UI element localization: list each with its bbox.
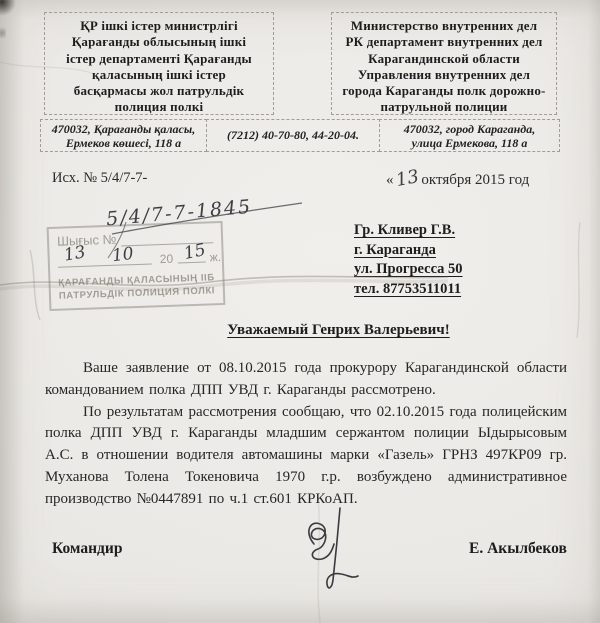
- body-paragraph-2: По результатам рассмотрения сообщаю, что…: [45, 402, 567, 511]
- address-ru-line: улица Ермекова, 118 а: [380, 136, 559, 150]
- scanned-letter-page: ҚР ішкі істер министрлігі Қарағанды облы…: [0, 0, 600, 623]
- phone-cell: (7212) 40-70-80, 44-20-04.: [206, 119, 380, 152]
- date-open-quote: «: [386, 172, 394, 188]
- edge-smudge: [0, 26, 6, 40]
- scan-corner-mark: [0, 0, 16, 16]
- stamp-year-prefix: 20: [160, 252, 174, 266]
- letterhead-kk-line: қаласының ішкі істер: [45, 67, 273, 83]
- letterhead-ru-line: Карагандинской области: [332, 51, 556, 67]
- address-kk-line: 470032, Қарағанды қаласы,: [41, 122, 206, 136]
- letter-body: Ваше заявление от 08.10.2015 года прокур…: [45, 358, 567, 511]
- letterhead-ru-line: патрульной полиции: [332, 99, 556, 115]
- recipient-block: Гр. Кливер Г.В. г. Караганда ул. Прогрес…: [354, 221, 463, 299]
- letterhead-ru-line: Управления внутренних дел: [332, 67, 556, 83]
- stamp-org-name: ҚАРАҒАНДЫ ҚАЛАСЫНЫҢ ІІБ ПАТРУЛЬДІК ПОЛИЦ…: [50, 271, 223, 303]
- letterhead-ru-line: РК департамент внутренних дел: [332, 34, 556, 50]
- letterhead-kk-line: полиция полкі: [45, 99, 273, 115]
- recipient-name: Гр. Кливер Г.В.: [354, 221, 463, 241]
- signature-scribble: [296, 504, 362, 600]
- outgoing-number: Исх. № 5/4/7-7-: [52, 170, 147, 187]
- letterhead-ru: Министерство внутренних дел РК департаме…: [331, 12, 557, 115]
- address-ru: 470032, город Караганда, улица Ермекова,…: [379, 119, 560, 152]
- recipient-phone: тел. 87753511011: [354, 280, 463, 300]
- letterhead-ru-line: города Караганды полк дорожно-: [332, 83, 556, 99]
- address-ru-line: 470032, город Караганда,: [380, 122, 559, 136]
- letterhead-kk-line: басқармасы жол патрульдік: [45, 83, 273, 99]
- letter-date: «13октября 2015 год: [386, 168, 529, 189]
- letterhead-ru-line: Министерство внутренних дел: [332, 18, 556, 34]
- address-kk-line: Ермеков көшесі, 118 а: [41, 136, 206, 150]
- address-kk: 470032, Қарағанды қаласы, Ермеков көшесі…: [40, 119, 207, 152]
- phone-numbers: (7212) 40-70-80, 44-20-04.: [207, 128, 379, 142]
- registration-stamp: Шығыс № 20 ж. ҚАРАҒАНДЫ ҚАЛАСЫНЫҢ ІІБ ПА…: [47, 221, 226, 311]
- handwritten-date-day: 13: [394, 166, 420, 191]
- signer-name: Е. Акылбеков: [469, 540, 567, 558]
- letterhead-kk-line: Қарағанды облысының ішкі: [45, 34, 273, 50]
- recipient-city: г. Караганда: [354, 241, 463, 261]
- handwritten-stamp-day: 13: [62, 242, 87, 265]
- date-text: октября 2015 год: [421, 172, 529, 188]
- signer-title: Командир: [52, 540, 122, 558]
- letterhead-kk: ҚР ішкі істер министрлігі Қарағанды облы…: [44, 12, 274, 115]
- recipient-street: ул. Прогресса 50: [354, 260, 463, 280]
- letterhead-kk-line: істер департаменті Қарағанды: [45, 51, 273, 67]
- letterhead-kk-line: ҚР ішкі істер министрлігі: [45, 18, 273, 34]
- salutation: Уважаемый Генрих Валерьевич!: [76, 322, 600, 339]
- body-paragraph-1: Ваше заявление от 08.10.2015 года прокур…: [45, 358, 567, 402]
- stamp-year-suffix: ж.: [210, 250, 222, 264]
- handwritten-stamp-month: 10: [111, 244, 135, 266]
